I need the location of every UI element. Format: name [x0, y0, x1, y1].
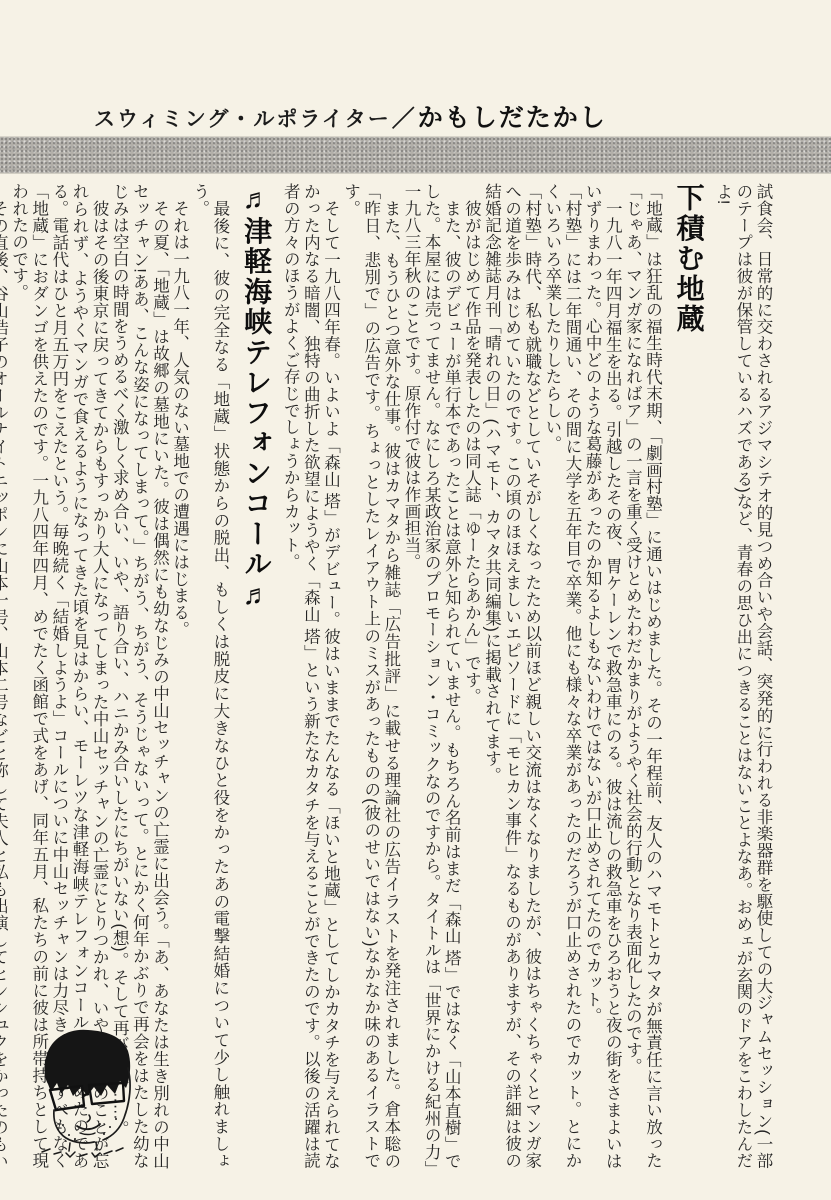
paragraph: そして一九八四年春。いよいよ「森山 塔」がデビュー。彼はいままでたんなる「ほいと…: [280, 183, 340, 1169]
paragraph-intro: 試食会、日常的に交わされるアジマシテオ的見つめ合いや会話、突発的に行われる非楽器…: [713, 183, 773, 1169]
paragraph: また、彼のデビューが単行本であったことは意外と知られていません。もちろん名前はま…: [401, 183, 461, 1169]
header-separator: ／: [392, 105, 417, 131]
section-heading-shitazumu-jizo: 下積む地蔵: [672, 183, 704, 1169]
article-body: 試食会、日常的に交わされるアジマシテオ的見つめ合いや会話、突発的に行われる非楽器…: [61, 183, 773, 1169]
author-caricature: [36, 1026, 140, 1162]
paragraph: その夏、「地蔵」は故郷の墓地にいた。彼は偶然にも幼なじみの中山セッチャンの亡霊に…: [109, 183, 169, 1169]
book-page: スウィミング・ルポライター／かもしだたかし 試食会、日常的に交わされるアジマシテ…: [0, 0, 831, 1200]
paragraph: それは一九八一年、人気のない墓地での遭遇にはじまる。: [170, 183, 190, 1169]
paragraph: 「村塾」には二年間通い、その間に大学を五年目で卒業。他にも様々な卒業があったのだ…: [542, 183, 582, 1169]
paragraph: 「村塾」時代、私も就職などとしていそがしくなったため以前ほど親しい交流はなくなり…: [481, 183, 541, 1169]
paragraph: 一九八一年四月福生を出る。引越したその夜、胃ケーレンで救急車にのる。彼は流しの救…: [582, 183, 622, 1169]
page-header: スウィミング・ルポライター／かもしだたかし: [94, 98, 607, 134]
paragraph: 最後に、彼の完全なる「地蔵」状態からの脱出、もしくは脱皮に大きなひと役をかったあ…: [190, 183, 230, 1169]
caricature-hair: [44, 1030, 130, 1096]
paragraph: その直後、谷山浩子のオールナイトニッポンに山本一号、山本二号などと称して夫人と私…: [0, 183, 9, 1169]
paragraph: 「地蔵」は狂乱の福生時代末期、「劇画村塾」に通いはじめました。その一年程前、友人…: [622, 183, 662, 1169]
paragraph: 彼はその後東京に戻ってきてからもすっかり大人になってしまった中山セッチャンの亡霊…: [9, 183, 110, 1169]
author-role-title: スウィミング・ルポライター: [94, 108, 391, 131]
section-heading-tsugaru-kaikyo-telephone-call: ♬津軽海峡テレフォンコール♬: [240, 183, 272, 1169]
paragraph: また、もうひとつ意外な仕事。彼はカマタから雑誌「広告批評」に載せる理論社の広告イ…: [340, 183, 400, 1169]
divider-bar: [0, 137, 831, 173]
author-name: かもしだたかし: [418, 104, 607, 132]
paragraph: 彼がはじめて作品を発表したのは同人誌「ゆーたらあかん」です。: [461, 183, 481, 1169]
